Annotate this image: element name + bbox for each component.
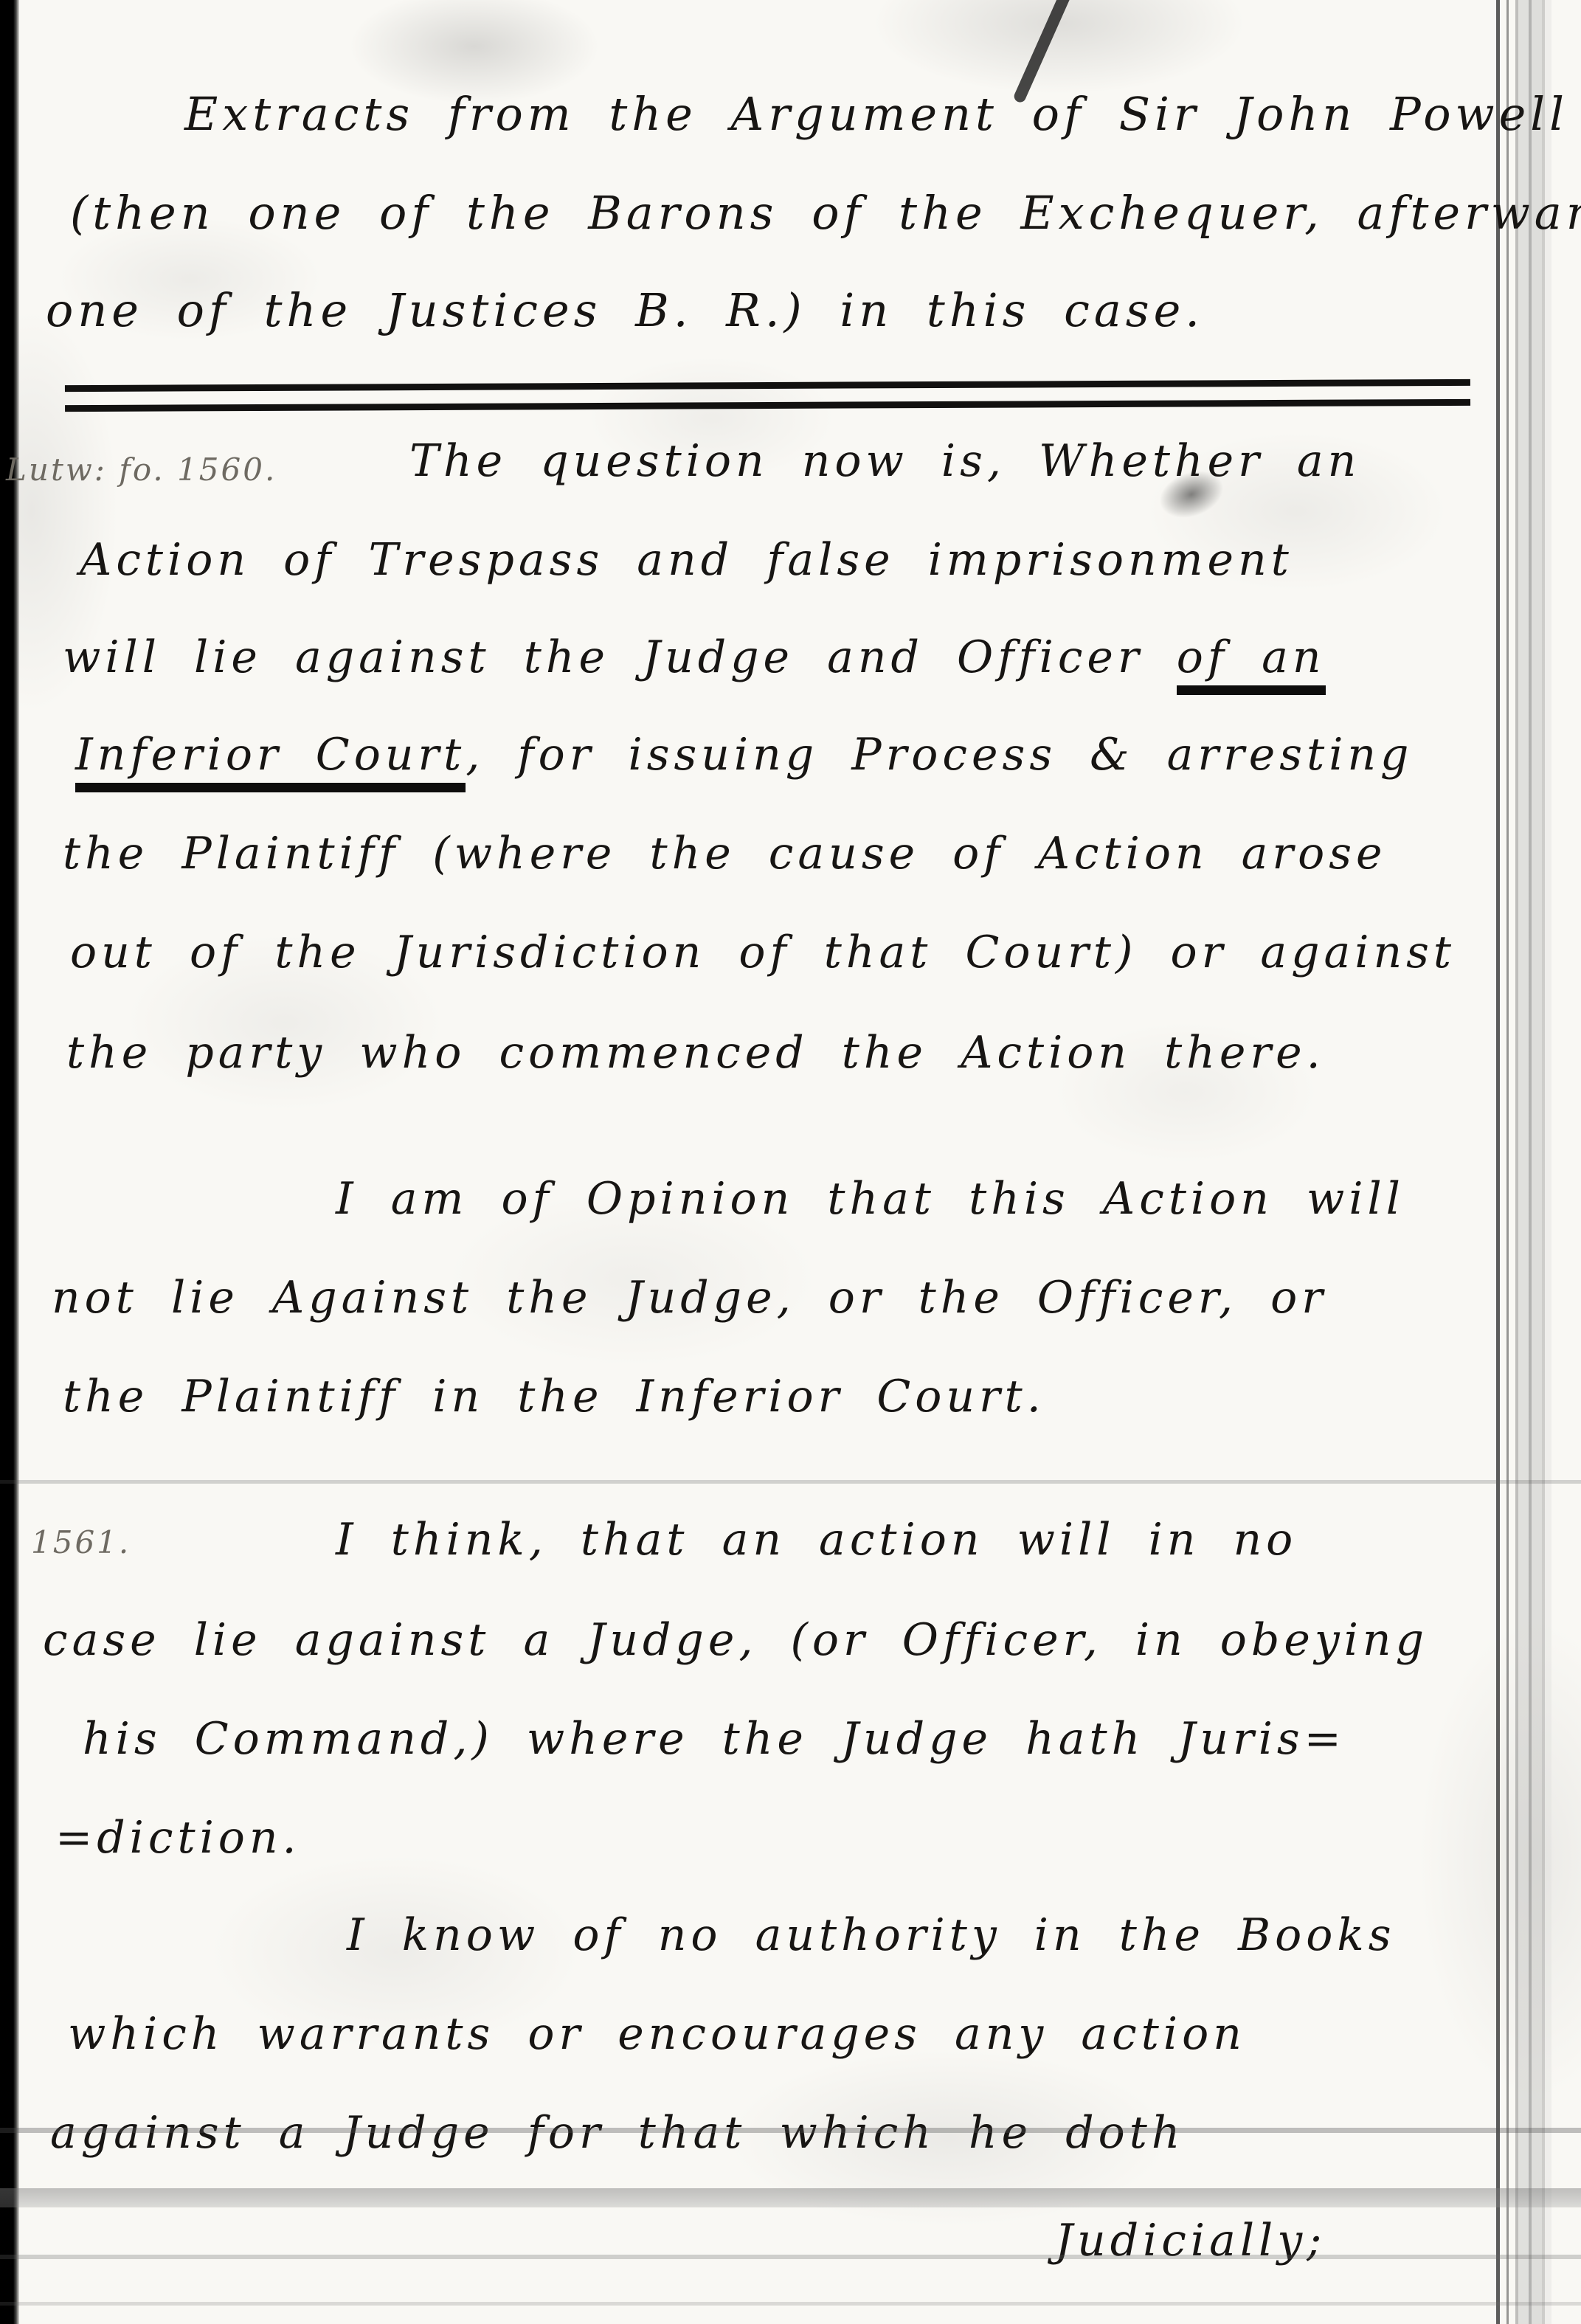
paragraph3-line-4: =diction.	[55, 1812, 301, 1864]
underlined-phrase-inferior-court: Inferior Court	[75, 729, 466, 792]
scan-line-faint-lower	[0, 2128, 1581, 2133]
margin-note-folio: 1561.	[31, 1524, 131, 1560]
paragraph3-line-3: his Command,) where the Judge hath Juris…	[83, 1713, 1346, 1765]
underlined-phrase-of-an: of an	[1177, 632, 1326, 695]
paragraph1-line-2: Action of Trespass and false imprisonmen…	[80, 534, 1293, 586]
page-edge-lines	[1496, 0, 1551, 2324]
paragraph4-line-2: which warrants or encourages any action	[68, 2008, 1246, 2060]
paragraph1-line-1: The question now is, Whether an	[409, 435, 1360, 487]
paragraph3-line-2: case lie against a Judge, (or Officer, i…	[43, 1614, 1428, 1666]
section-divider-rule	[65, 379, 1470, 412]
paragraph1-line-4-text: , for issuing Process & arresting	[466, 729, 1413, 781]
paragraph1-line-6: out of the Jurisdiction of that Court) o…	[70, 927, 1456, 978]
paragraph2-line-1: I am of Opinion that this Action will	[336, 1173, 1405, 1225]
paragraph1-line-7: the party who commenced the Action there…	[66, 1027, 1325, 1079]
margin-note-citation: Lutw: fo. 1560.	[6, 452, 277, 488]
heading-line-1: Extracts from the Argument of Sir John P…	[184, 87, 1568, 141]
scan-line-dark-band	[0, 2188, 1581, 2207]
binding-edge	[0, 0, 19, 2324]
paragraph1-line-4: Inferior Court, for issuing Process & ar…	[75, 729, 1413, 781]
scan-line-faint-upper	[0, 1480, 1581, 1484]
scan-line-faint-edge	[0, 2302, 1581, 2306]
paragraph4-line-1: I know of no authority in the Books	[347, 1909, 1396, 1961]
paragraph1-line-3-text: will lie against the Judge and Officer	[63, 632, 1177, 683]
paragraph1-line-3: will lie against the Judge and Officer o…	[63, 632, 1326, 683]
paragraph3-line-1: I think, that an action will in no	[336, 1514, 1297, 1566]
manuscript-page: Extracts from the Argument of Sir John P…	[0, 0, 1581, 2324]
heading-line-2: (then one of the Barons of the Exchequer…	[70, 186, 1581, 240]
scan-line-faint-bottom	[0, 2255, 1581, 2259]
paragraph4-line-3: against a Judge for that which he doth	[50, 2107, 1185, 2159]
paragraph2-line-3: the Plaintiff in the Inferior Court.	[63, 1371, 1045, 1422]
paragraph2-line-2: not lie Against the Judge, or the Office…	[52, 1272, 1327, 1324]
heading-line-3: one of the Justices B. R.) in this case.	[46, 283, 1204, 337]
paragraph1-line-5: the Plaintiff (where the cause of Action…	[63, 828, 1387, 879]
